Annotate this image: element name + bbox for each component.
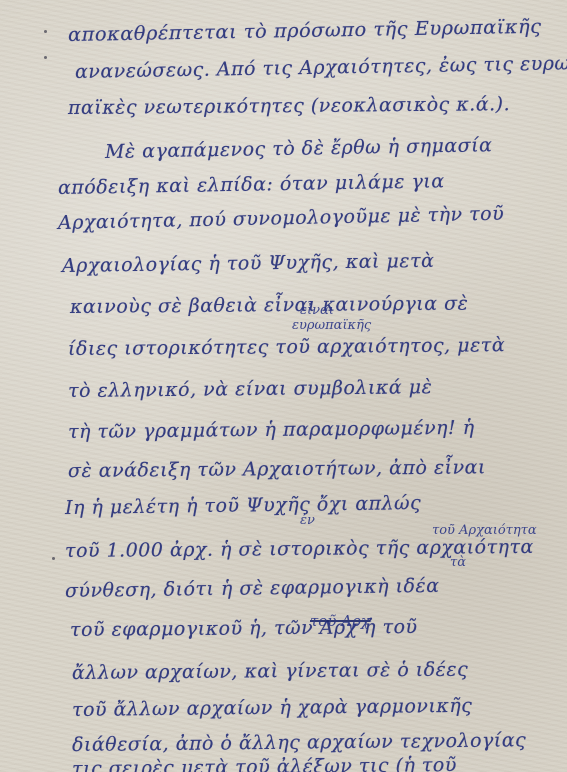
struck-out-text: τοῦ Αρχ <box>310 612 370 630</box>
handwritten-line-18: τοῦ ἄλλων αρχαίων ἡ χαρὰ γαρμονικῆς <box>72 695 473 721</box>
interlinear-insertion-4: τοῦ Αρχαιότητα <box>432 523 537 538</box>
handwritten-line-1: αποκαθρέπτεται τὸ πρόσωπο τῆς Ευρωπαϊκῆς <box>68 16 542 46</box>
handwritten-line-9: ίδιες ιστορικότητες τοῦ αρχαιότητος, μετ… <box>68 334 505 360</box>
interlinear-insertion-2: ευρωπαϊκῆς <box>292 318 371 333</box>
interlinear-insertion-3: ἐν <box>300 513 315 528</box>
interlinear-insertion-5: τὰ <box>450 555 466 570</box>
handwritten-line-17: ἄλλων αρχαίων, καὶ γίνεται σὲ ὁ ιδέες <box>72 659 468 684</box>
handwritten-line-15: σύνθεση, διότι ἡ σὲ εφαρμογικὴ ιδέα <box>65 575 440 602</box>
handwritten-line-7: Αρχαιολογίας ἡ τοῦ Ψυχῆς, καὶ μετὰ <box>62 250 435 277</box>
manuscript-page: αποκαθρέπτεται τὸ πρόσωπο τῆς Ευρωπαϊκῆς… <box>0 0 567 772</box>
paper-speck <box>44 30 47 33</box>
handwritten-line-3: παϊκὲς νεωτερικότητες (νεοκλασικὸς κ.ά.)… <box>68 93 510 119</box>
handwritten-line-2: ανανεώσεως. Από τις Αρχαιότητες, ἐως τις… <box>75 52 567 83</box>
handwritten-line-10: τὸ ελληνικό, νὰ είναι συμβολικά μὲ <box>68 376 432 402</box>
handwritten-line-8: καινοὺς σὲ βαθειὰ εἶναι καινούργια σὲ <box>70 293 468 318</box>
interlinear-insertion-1: εἶναι <box>300 303 334 318</box>
paper-speck <box>52 557 55 560</box>
handwritten-line-6: Αρχαιότητα, πού συνομολογοῦμε μὲ τὴν τοῦ <box>58 203 505 234</box>
handwritten-line-13: Ιη ἡ μελέτη ἡ τοῦ Ψυχῆς ὄχι απλώς <box>65 492 422 519</box>
handwritten-line-11: τὴ τῶν γραμμάτων ἡ παραμορφωμένη! ἡ <box>68 417 475 443</box>
handwritten-line-4: Μὲ αγαπάμενος τὸ δὲ ἔρθω ἡ σημασία <box>105 134 493 163</box>
handwritten-line-5: απόδειξη καὶ ελπίδα: όταν μιλάμε για <box>58 170 445 199</box>
handwritten-line-20: τις σειρὲς μετὰ τοῦ ἀλέξων τις (ἡ τοῦ <box>72 754 457 772</box>
handwritten-line-19: διάθεσία, ἀπὸ ὁ ἄλλης αρχαίων τεχνολογία… <box>72 729 526 756</box>
paper-speck <box>44 56 47 59</box>
handwritten-line-12: σὲ ανάδειξη τῶν Αρχαιοτήτων, ἀπὸ εἶναι <box>68 456 486 482</box>
